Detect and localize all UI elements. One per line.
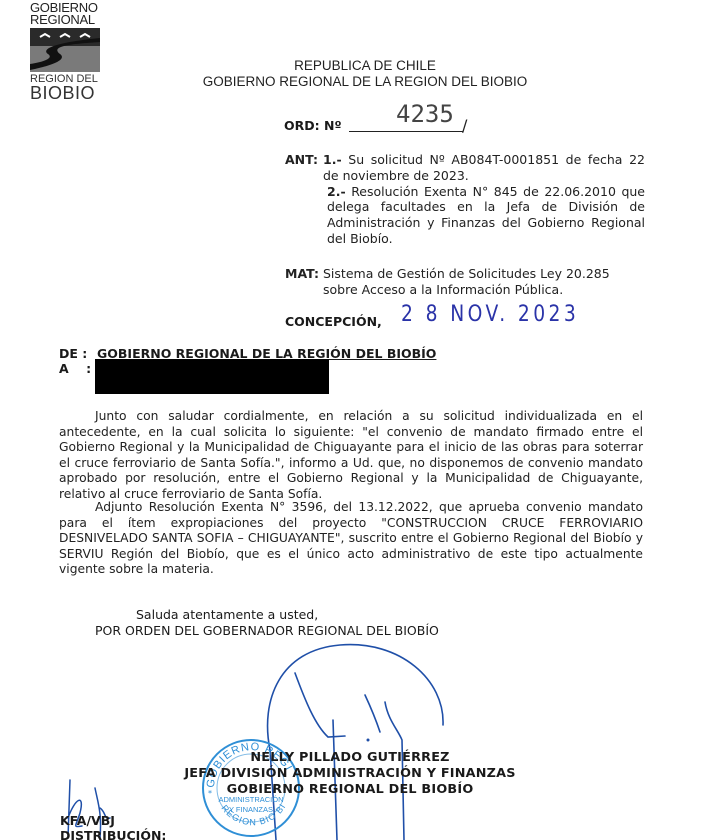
closing-authority: POR ORDEN DEL GOBERNADOR REGIONAL DEL BI… bbox=[59, 623, 439, 639]
from-label: DE : bbox=[59, 346, 91, 361]
ord-underline bbox=[349, 131, 463, 132]
body-paragraph-1: Junto con saludar cordialmente, en relac… bbox=[59, 409, 643, 503]
paragraph-2-text: Adjunto Resolución Exenta N° 3596, del 1… bbox=[59, 500, 643, 578]
ant-item2-number: 2.- bbox=[327, 184, 346, 199]
ord-number: 4235 bbox=[396, 100, 454, 128]
mat-block: MAT: Sistema de Gestión de Solicitudes L… bbox=[285, 266, 645, 298]
signatory-title: JEFA DIVISIÓN ADMINISTRACIÓN Y FINANZAS bbox=[150, 766, 550, 782]
logo-text-regional: REGIONAL bbox=[30, 14, 106, 26]
date-stamp: 2 8 NOV. 2023 bbox=[401, 302, 579, 327]
signatory-org: GOBIERNO REGIONAL DEL BIOBÍO bbox=[150, 782, 550, 798]
ant-block: ANT: 1.- Su solicitud Nº AB084T-0001851 … bbox=[285, 152, 645, 247]
closing-block: Saluda atentamente a usted, POR ORDEN DE… bbox=[59, 607, 439, 638]
signatory-name: NELLY PILLADO GUTIÉRREZ bbox=[150, 750, 550, 766]
header-institution: GOBIERNO REGIONAL DE LA REGION DEL BIOBI… bbox=[150, 74, 580, 90]
mat-text: Sistema de Gestión de Solicitudes Ley 20… bbox=[323, 266, 645, 298]
ord-suffix: / bbox=[462, 116, 467, 135]
footer-block: KFA/VBJ DISTRIBUCIÓN: bbox=[60, 813, 166, 840]
paragraph-1-text: Junto con saludar cordialmente, en relac… bbox=[59, 409, 643, 503]
ant-item2-text: Resolución Exenta N° 845 de 22.06.2010 q… bbox=[327, 184, 645, 246]
gobierno-regional-logo: GOBIERNO REGIONAL REGION DEL BIOBIO bbox=[30, 2, 106, 101]
redacted-recipient bbox=[95, 359, 329, 394]
closing-greeting: Saluda atentamente a usted, bbox=[59, 607, 439, 623]
ant-item1-text: Su solicitud Nº AB084T-0001851 de fecha … bbox=[323, 152, 645, 183]
footer-initials: KFA/VBJ bbox=[60, 813, 166, 828]
to-label: A : bbox=[59, 361, 91, 376]
distribution-label: DISTRIBUCIÓN: bbox=[60, 828, 166, 840]
ord-label: ORD: Nº bbox=[284, 118, 342, 133]
place: CONCEPCIÓN, bbox=[285, 314, 382, 329]
logo-text-biobio: BIOBIO bbox=[30, 85, 106, 101]
river-landscape-icon bbox=[30, 28, 100, 72]
body-paragraph-2: Adjunto Resolución Exenta N° 3596, del 1… bbox=[59, 500, 643, 578]
ant-item1-number: 1.- bbox=[323, 152, 342, 167]
mat-label: MAT: bbox=[285, 266, 323, 298]
addressing-labels: DE : A : bbox=[59, 346, 91, 376]
signatory-block: NELLY PILLADO GUTIÉRREZ JEFA DIVISIÓN AD… bbox=[150, 750, 550, 798]
ant-label: ANT: bbox=[285, 152, 323, 247]
header-country: REPUBLICA DE CHILE bbox=[150, 58, 580, 74]
